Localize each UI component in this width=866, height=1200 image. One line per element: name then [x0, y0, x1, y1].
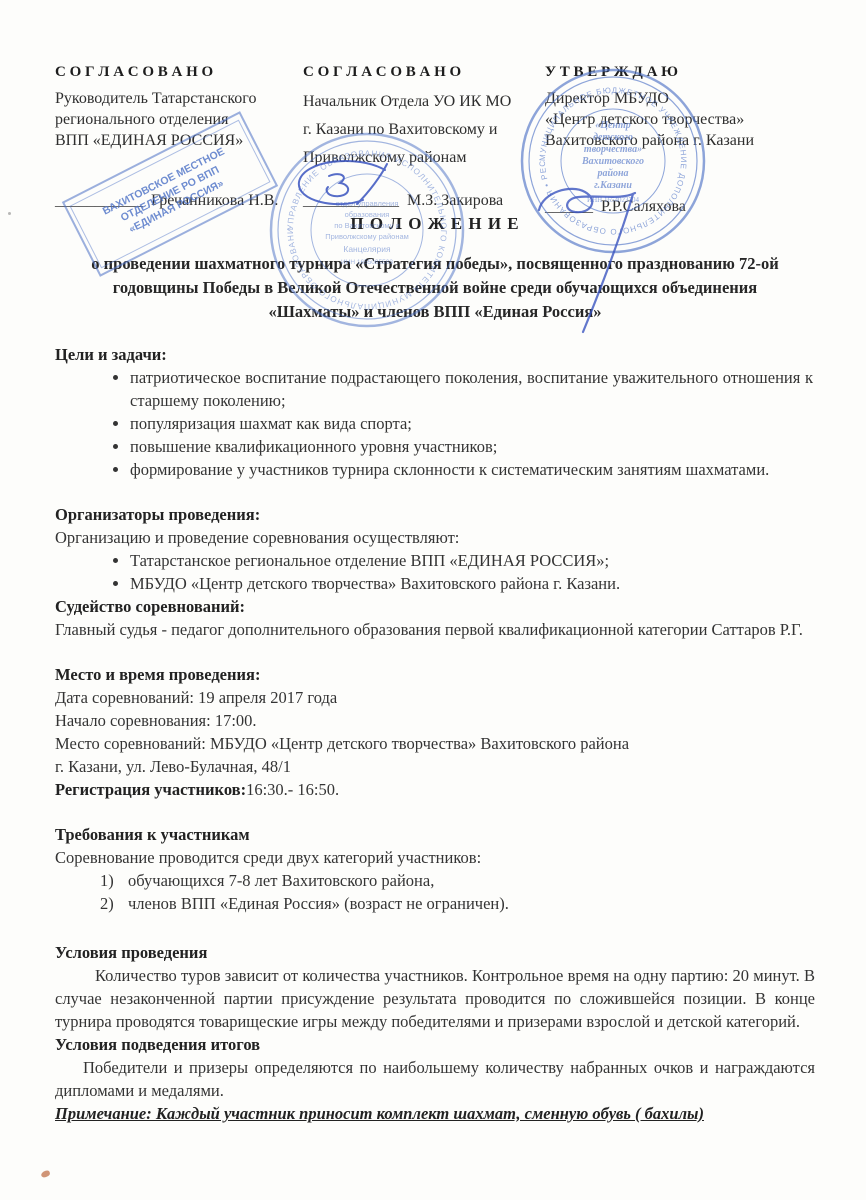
section-heading: Судейство соревнований:: [55, 595, 815, 618]
list-item: МБУДО «Центр детского творчества» Вахито…: [130, 572, 815, 595]
approval-title: С О Г Л А С О В А Н О: [303, 64, 545, 81]
scan-speck: [8, 212, 11, 215]
approval-block-agreed-1: С О Г Л А С О В А Н О Руководитель Татар…: [55, 64, 307, 229]
approval-line: Руководитель Татарстанского: [55, 88, 307, 109]
approval-line: Вахитовского района г. Казани: [545, 130, 825, 151]
approval-line: «Центр детского творчества»: [545, 109, 825, 130]
list-item: популяризация шахмат как вида спорта;: [130, 412, 815, 435]
list-item: патриотическое воспитание подрастающего …: [130, 366, 815, 412]
list-item: Татарстанское региональное отделение ВПП…: [130, 549, 815, 572]
section-heading: Условия проведения: [55, 941, 815, 964]
approval-line: Приволжскому районам: [303, 144, 545, 172]
section-heading: Цели и задачи:: [55, 343, 815, 366]
section-heading: Условия подведения итогов: [55, 1033, 815, 1056]
document-title: П О Л О Ж Е Н И Е: [55, 212, 815, 235]
approval-body: Начальник Отдела УО ИК МО г. Казани по В…: [303, 88, 545, 172]
venue-line: г. Казани, ул. Лево-Булачная, 48/1: [55, 755, 815, 778]
results-text: Победители и призеры определяются по наи…: [55, 1056, 815, 1102]
judging-text: Главный судья - педагог дополнительного …: [55, 618, 815, 641]
approval-block-agreed-2: С О Г Л А С О В А Н О Начальник Отдела У…: [303, 64, 545, 229]
scan-speck: [40, 1170, 51, 1179]
approval-line: Начальник Отдела УО ИК МО: [303, 88, 545, 116]
organizers-list: Татарстанское региональное отделение ВПП…: [55, 549, 815, 595]
goals-list: патриотическое воспитание подрастающего …: [55, 366, 815, 481]
section-goals: Цели и задачи: патриотическое воспитание…: [55, 343, 815, 481]
numbered-item: 1) обучающихся 7-8 лет Вахитовского райо…: [55, 869, 815, 892]
section-organizers: Организаторы проведения: Организацию и п…: [55, 503, 815, 641]
registration-line: Регистрация участников:16:30.- 16:50.: [55, 778, 815, 801]
section-heading: Место и время проведения:: [55, 663, 815, 686]
approval-line: регионального отделения: [55, 109, 307, 130]
section-conditions: Условия проведения Количество туров зави…: [55, 941, 815, 1125]
approval-line: г. Казани по Вахитовскому и: [303, 116, 545, 144]
approval-body: Директор МБУДО «Центр детского творчеств…: [545, 88, 825, 151]
document-page: С О Г Л А С О В А Н О Руководитель Татар…: [0, 0, 866, 1200]
item-number: 2): [100, 892, 128, 915]
document-body: П О Л О Ж Е Н И Е о проведении шахматног…: [55, 212, 815, 1125]
signature-row: ___________ Гречанникова Н.В.: [55, 192, 278, 210]
signature-line: ____________: [303, 192, 399, 209]
approval-block-approved: У Т В Е Р Ж Д А Ю Директор МБУДО «Центр …: [545, 64, 825, 229]
approval-title: С О Г Л А С О В А Н О: [55, 64, 307, 81]
section-requirements: Требования к участникам Соревнование про…: [55, 823, 815, 915]
numbered-item: 2) членов ВПП «Единая Россия» (возраст н…: [55, 892, 815, 915]
item-number: 1): [100, 869, 128, 892]
item-text: обучающихся 7-8 лет Вахитовского района,: [128, 869, 434, 892]
list-item: формирование у участников турнира склонн…: [130, 458, 815, 481]
document-subtitle: о проведении шахматного турнира «Стратег…: [55, 252, 815, 324]
signature-row: ____________ М.З. Закирова: [303, 192, 503, 210]
registration-label: Регистрация участников:: [55, 780, 246, 799]
list-item: повышение квалификационного уровня участ…: [130, 435, 815, 458]
section-venue: Место и время проведения: Дата соревнова…: [55, 663, 815, 801]
approval-body: Руководитель Татарстанского региональног…: [55, 88, 307, 151]
conditions-text: Количество туров зависит от количества у…: [55, 964, 815, 1033]
approval-title: У Т В Е Р Ж Д А Ю: [545, 64, 825, 81]
registration-value: 16:30.- 16:50.: [246, 780, 339, 799]
note-line: Примечание: Каждый участник приносит ком…: [55, 1102, 815, 1125]
venue-line: Дата соревнований: 19 апреля 2017 года: [55, 686, 815, 709]
signer-name: Гречанникова Н.В.: [151, 192, 278, 209]
section-intro: Организацию и проведение соревнования ос…: [55, 526, 815, 549]
venue-line: Место соревнований: МБУДО «Центр детског…: [55, 732, 815, 755]
item-text: членов ВПП «Единая Россия» (возраст не о…: [128, 892, 509, 915]
signature-line: ___________: [55, 192, 143, 209]
venue-line: Начало соревнования: 17:00.: [55, 709, 815, 732]
section-heading: Требования к участникам: [55, 823, 815, 846]
section-intro: Соревнование проводится среди двух катег…: [55, 846, 815, 869]
section-heading: Организаторы проведения:: [55, 503, 815, 526]
signer-name: М.З. Закирова: [407, 192, 503, 209]
approval-line: Директор МБУДО: [545, 88, 825, 109]
approval-line: ВПП «ЕДИНАЯ РОССИЯ»: [55, 130, 307, 151]
